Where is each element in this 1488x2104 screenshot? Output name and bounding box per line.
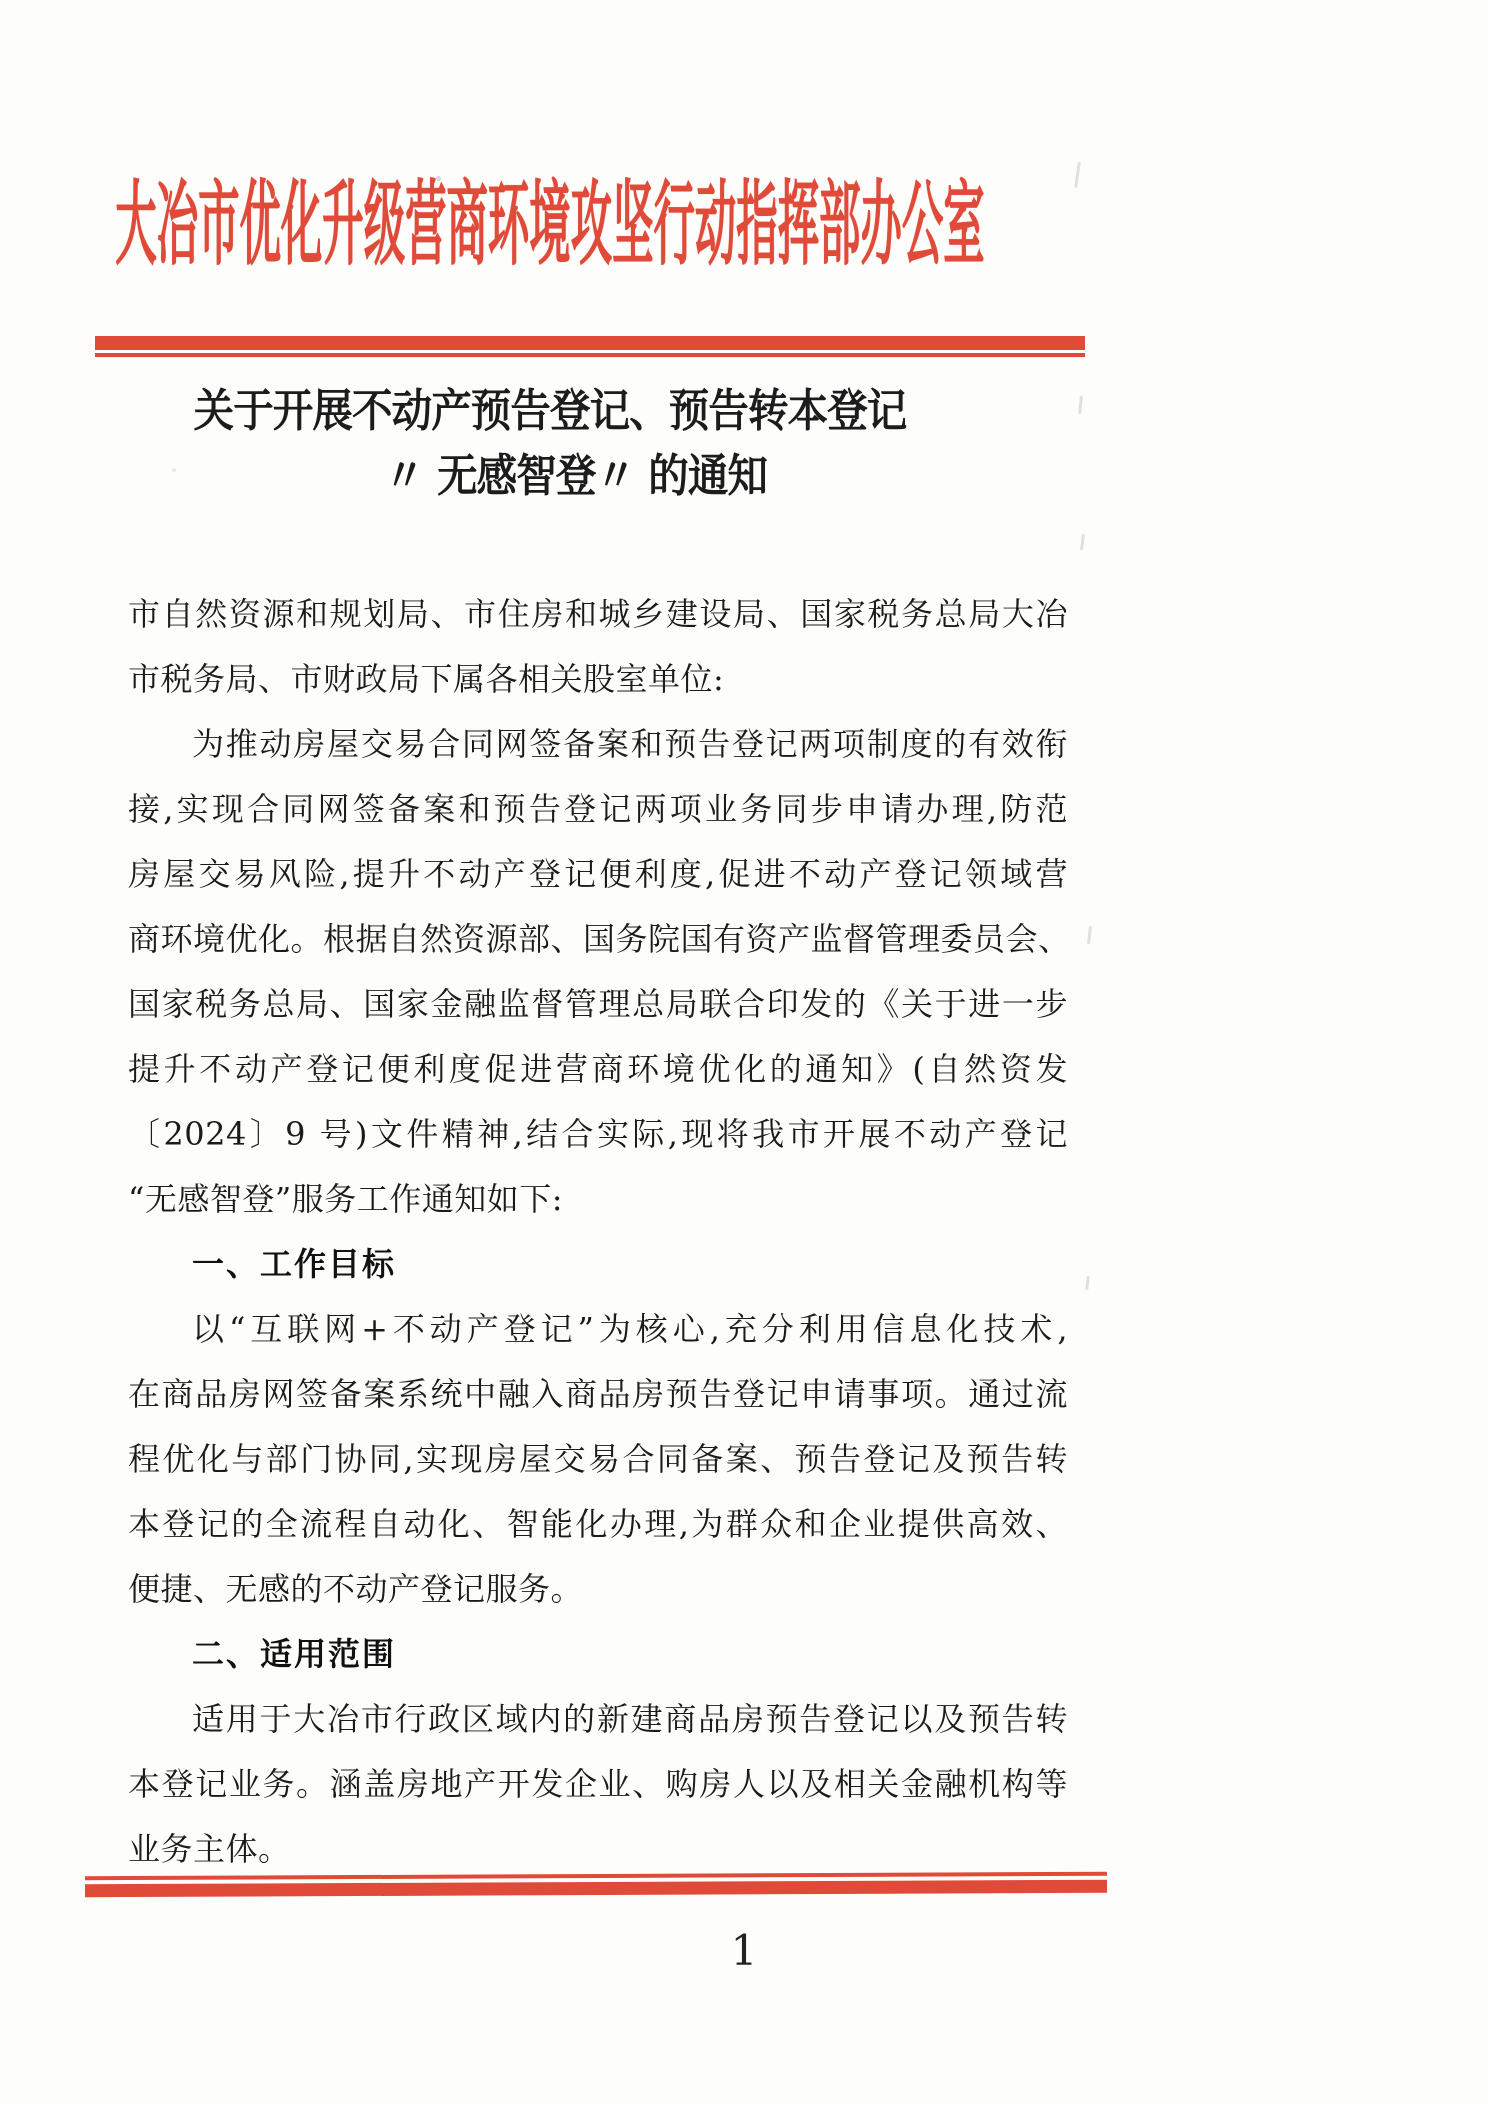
scan-artifact — [1078, 396, 1083, 414]
body-line: 市税务局、市财政局下属各相关股室单位: — [128, 647, 1068, 712]
letterhead-text: 大冶市优化升级营商环境攻坚行动指挥部办公室 — [115, 178, 984, 270]
header-divider-thin-line — [95, 353, 1085, 357]
body-line: 〔2024〕9 号)文件精神,结合实际,现将我市开展不动产登记 — [128, 1102, 1068, 1167]
section-heading: 二、适用范围 — [128, 1622, 1068, 1687]
scan-artifact — [1074, 162, 1081, 188]
body-line: 适用于大冶市行政区域内的新建商品房预告登记以及预告转 — [128, 1687, 1068, 1752]
scan-artifact — [436, 176, 441, 181]
page-number: 1 — [0, 1926, 1488, 1975]
scan-artifact — [1080, 534, 1085, 550]
body-line: 市自然资源和规划局、市住房和城乡建设局、国家税务总局大冶 — [128, 582, 1068, 647]
body-line: 接,实现合同网签备案和预告登记两项业务同步申请办理,防范 — [128, 777, 1068, 842]
footer-divider — [85, 1872, 1107, 1897]
body-line: 在商品房网签备案系统中融入商品房预告登记申请事项。通过流 — [128, 1362, 1068, 1427]
body-line: 本登记的全流程自动化、智能化办理,为群众和企业提供高效、 — [128, 1492, 1068, 1557]
section-heading: 一、工作目标 — [128, 1232, 1068, 1297]
scan-artifact — [1087, 926, 1092, 944]
body-line: 房屋交易风险,提升不动产登记便利度,促进不动产登记领域营 — [128, 842, 1068, 907]
body-line: 本登记业务。涵盖房地产开发企业、购房人以及相关金融机构等 — [128, 1752, 1068, 1817]
document-body: 市自然资源和规划局、市住房和城乡建设局、国家税务总局大冶市税务局、市财政局下属各… — [128, 582, 1068, 1882]
body-line: 以“互联网+不动产登记”为核心,充分利用信息化技术, — [128, 1297, 1068, 1362]
body-line: 便捷、无感的不动产登记服务。 — [128, 1557, 1068, 1622]
body-line: 商环境优化。根据自然资源部、国务院国有资产监督管理委员会、 — [128, 907, 1068, 972]
document-title-line-1: 关于开展不动产预告登记、预告转本登记 — [80, 388, 1020, 433]
scan-artifact — [1085, 1276, 1089, 1290]
body-line: 提升不动产登记便利度促进营商环境优化的通知》(自然资发 — [128, 1037, 1068, 1102]
body-line: 为推动房屋交易合同网签备案和预告登记两项制度的有效衔 — [128, 712, 1068, 777]
header-divider-thick-line — [95, 336, 1085, 350]
document-page: 大冶市优化升级营商环境攻坚行动指挥部办公室 关于开展不动产预告登记、预告转本登记… — [0, 0, 1488, 2104]
scan-artifact — [172, 468, 176, 472]
body-line: 国家税务总局、国家金融监督管理总局联合印发的《关于进一步 — [128, 972, 1068, 1037]
header-divider — [95, 336, 1085, 357]
body-line: 程优化与部门协同,实现房屋交易合同备案、预告登记及预告转 — [128, 1427, 1068, 1492]
body-line: “无感智登”服务工作通知如下: — [128, 1167, 1068, 1232]
letterhead: 大冶市优化升级营商环境攻坚行动指挥部办公室 — [80, 178, 1020, 270]
document-title-line-2: 〃 无感智登〃 的通知 — [106, 453, 1046, 498]
